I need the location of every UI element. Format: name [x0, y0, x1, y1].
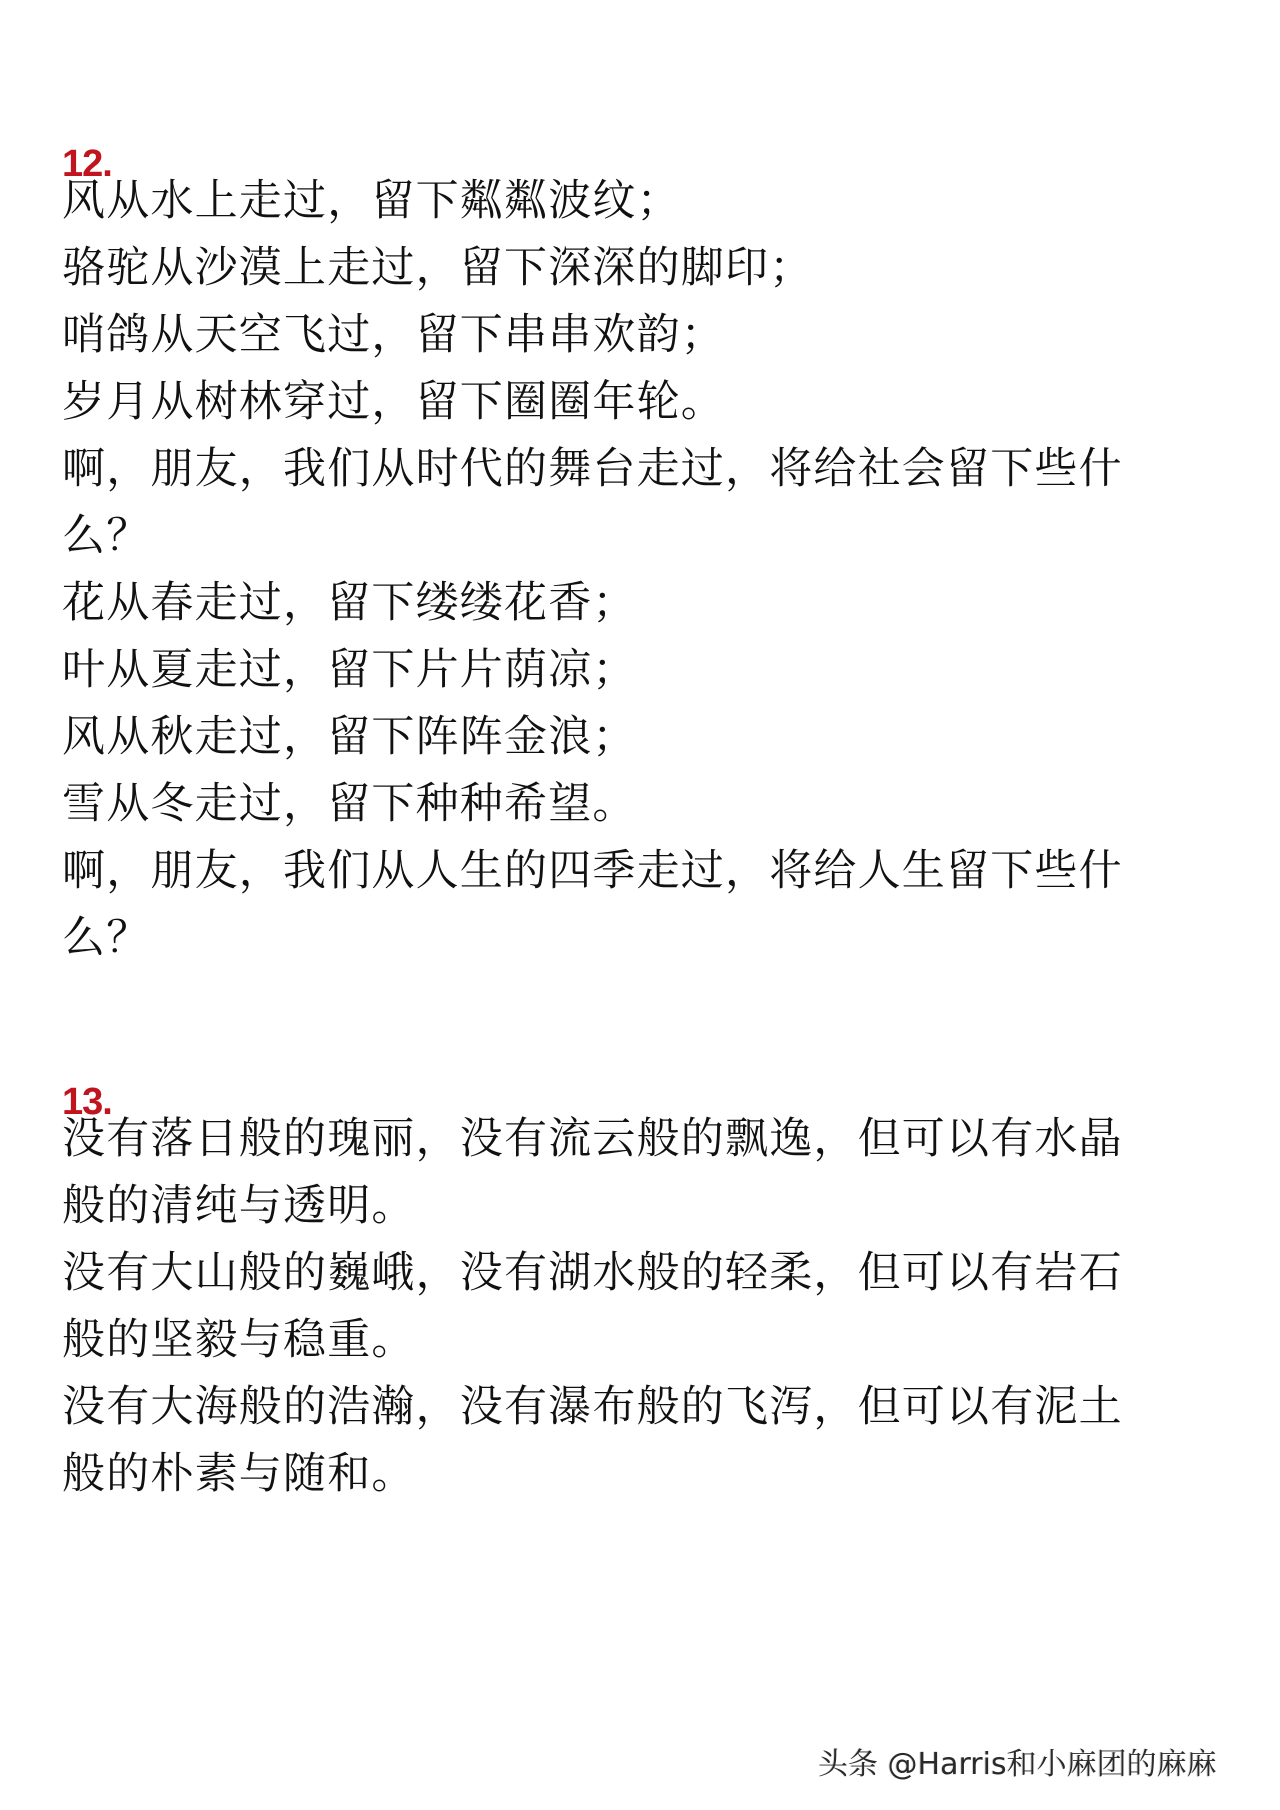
text-line: 风从秋走过，留下阵阵金浪；	[62, 704, 1222, 771]
text-line: 没有大山般的巍峨，没有湖水般的轻柔，但可以有岩石	[62, 1240, 1222, 1307]
text-line: 啊，朋友，我们从人生的四季走过，将给人生留下些什	[62, 838, 1222, 905]
section-12-body: 风从水上走过，留下粼粼波纹； 骆驼从沙漠上走过，留下深深的脚印； 哨鸽从天空飞过…	[62, 168, 1222, 972]
text-line: 么？	[62, 905, 1222, 972]
text-line: 啊，朋友，我们从时代的舞台走过，将给社会留下些什	[62, 436, 1222, 503]
text-line: 没有大海般的浩瀚，没有瀑布般的飞泻，但可以有泥土	[62, 1374, 1222, 1441]
text-line: 骆驼从沙漠上走过，留下深深的脚印；	[62, 235, 1222, 302]
text-line: 风从水上走过，留下粼粼波纹；	[62, 168, 1222, 235]
text-line: 般的清纯与透明。	[62, 1173, 1222, 1240]
source-watermark: 头条 @Harris和小麻团的麻麻	[818, 1745, 1217, 1785]
text-line: 般的朴素与随和。	[62, 1441, 1222, 1508]
text-line: 岁月从树林穿过，留下圈圈年轮。	[62, 369, 1222, 436]
text-line: 么？	[62, 503, 1222, 570]
text-line: 花从春走过，留下缕缕花香；	[62, 570, 1222, 637]
text-line: 叶从夏走过，留下片片荫凉；	[62, 637, 1222, 704]
text-line: 没有落日般的瑰丽，没有流云般的飘逸，但可以有水晶	[62, 1106, 1222, 1173]
text-line: 哨鸽从天空飞过，留下串串欢韵；	[62, 302, 1222, 369]
text-line: 雪从冬走过，留下种种希望。	[62, 771, 1222, 838]
text-line: 般的坚毅与稳重。	[62, 1307, 1222, 1374]
section-13-body: 没有落日般的瑰丽，没有流云般的飘逸，但可以有水晶 般的清纯与透明。 没有大山般的…	[62, 1106, 1222, 1508]
